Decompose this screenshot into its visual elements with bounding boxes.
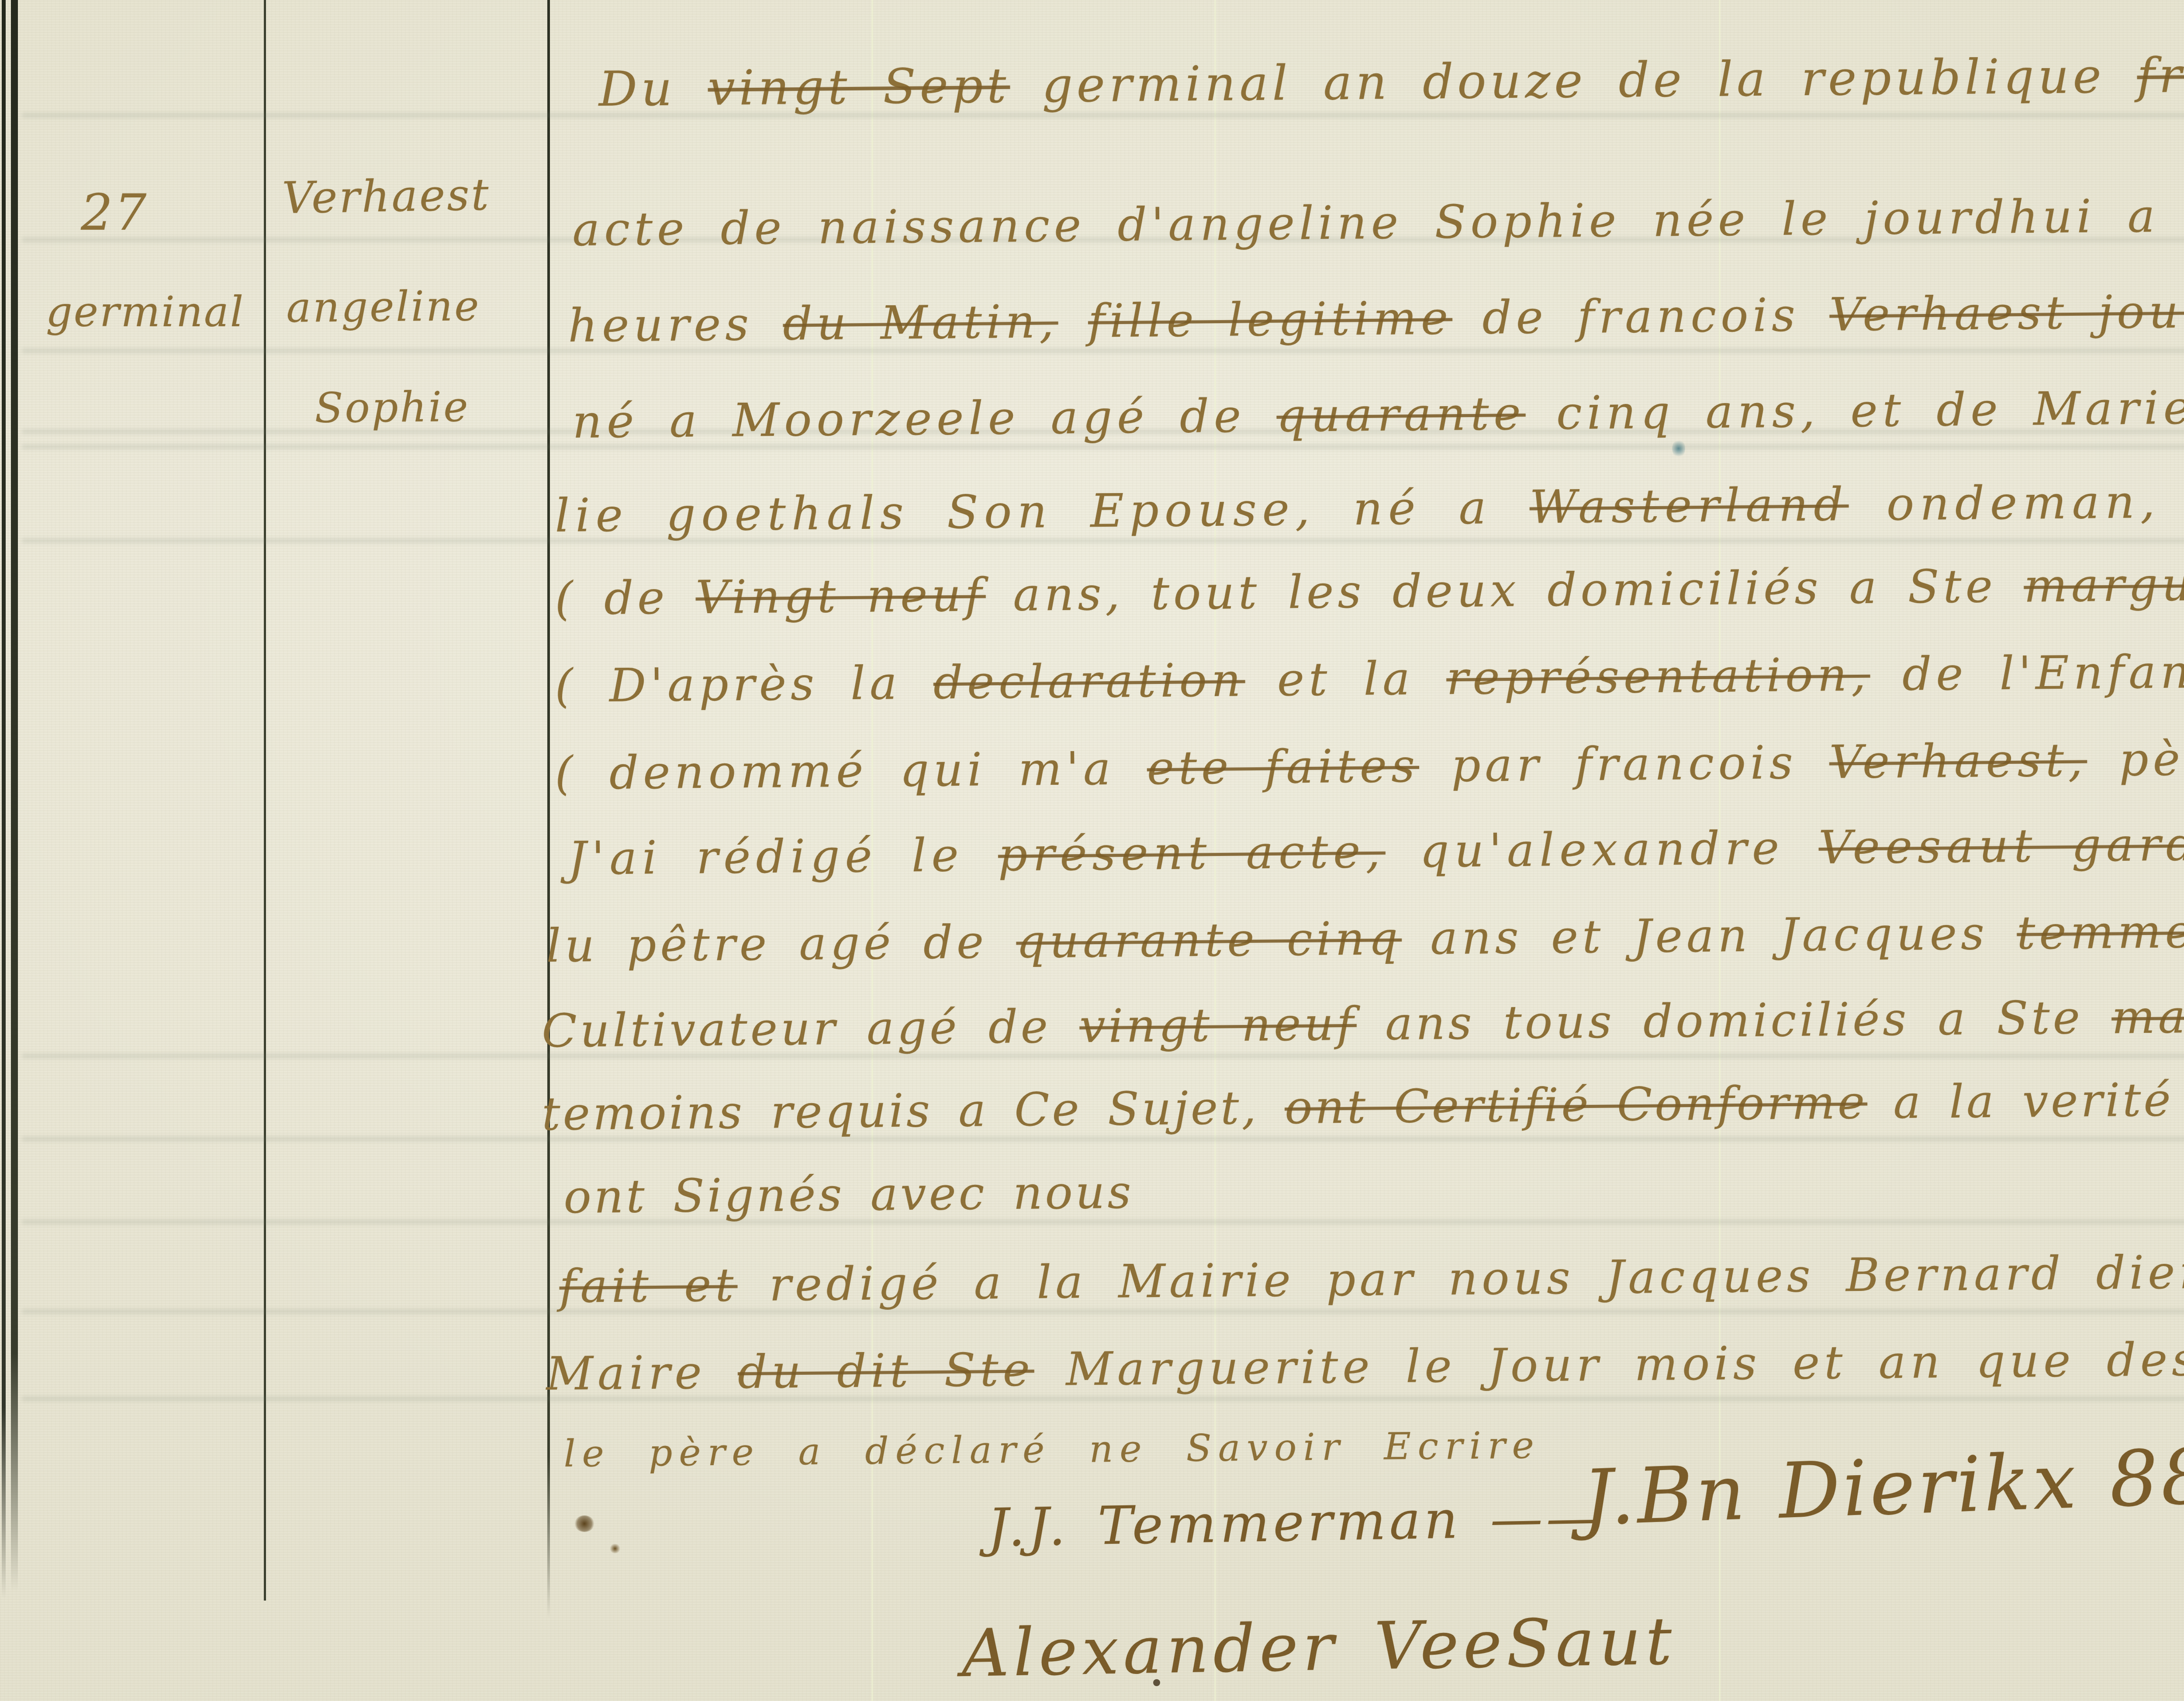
body-line-8: ( denommé qui m'a ete faites par francoi… (555, 732, 2184, 800)
struck-text: du dit Ste (737, 1343, 1034, 1399)
struck-text: Verhaest, (1829, 733, 2087, 789)
struck-text: Wasterland (1529, 478, 1849, 534)
text-segment: Maire (546, 1346, 738, 1401)
text-segment: germinal an douze de la republique (1010, 48, 2137, 114)
name-line-second: Sophie (314, 383, 470, 432)
text-segment: Alexander VeeSaut (961, 1603, 1677, 1692)
baseline-shadow (22, 1220, 2184, 1224)
struck-text: présent acte, (998, 825, 1386, 882)
struck-text: quarante (1276, 387, 1526, 442)
margin-day: 27 (81, 183, 148, 242)
struck-text: ont Certifié Conforme (1285, 1076, 1868, 1135)
struck-text: ete faites (1147, 739, 1419, 795)
text-segment: et la (1245, 652, 1447, 707)
baseline-shadow (22, 113, 2184, 117)
register-page: 27germinalVerhaestangelineSophieDu vingt… (0, 0, 2184, 1701)
baseline-shadow (22, 1137, 2184, 1141)
body-line-6: ( de Vingt neuf ans, tout les deux domic… (555, 557, 2184, 625)
text-segment: J'ai rédigé le (568, 828, 998, 885)
body-line-14: fait et redigé a la Mairie par nous Jacq… (559, 1245, 2184, 1313)
body-line-2: acte de naissance d'angeline Sophie née … (572, 188, 2184, 256)
struck-text: du Matin, (783, 295, 1058, 350)
text-segment: J.Bn Dierikx 88) (1581, 1431, 2184, 1543)
struck-text: declaration (933, 653, 1245, 709)
body-line-3: heures du Matin, fille legitime de franc… (568, 283, 2184, 352)
signature-veesaut: Alexander VeeSaut (961, 1603, 1677, 1692)
text-segment: Marguerite le Jour mois et an que dessus… (1034, 1332, 2184, 1396)
text-segment: ( de (555, 571, 696, 625)
struck-text: marguerite (2024, 557, 2184, 613)
struck-text: marguerite (2111, 988, 2184, 1044)
text-segment: acte de naissance d'angeline Sophie née … (572, 188, 2184, 256)
struck-text: vingt neuf (1079, 997, 1357, 1053)
text-segment: germinal (46, 288, 245, 336)
text-segment: de francois (1452, 288, 1830, 345)
struck-text: fille legitime (1088, 291, 1452, 348)
text-segment: a la verité et en (1867, 1072, 2184, 1129)
text-layer: 27germinalVerhaestangelineSophieDu vingt… (0, 0, 2184, 1701)
text-segment: temoins requis a Ce Sujet, (542, 1081, 1285, 1141)
struck-text: fait et (559, 1258, 738, 1313)
baseline-shadow (22, 1309, 2184, 1314)
text-segment: cinq ans, et de Marie Corne: (1525, 379, 2184, 440)
text-segment: ans tous domiciliés a Ste (1356, 991, 2111, 1051)
text-segment: ont Signés avec nous (563, 1166, 1134, 1224)
text-segment: ans et Jean Jacques (1402, 907, 2017, 965)
baseline-shadow (22, 1054, 2184, 1058)
text-segment: Sophie (314, 383, 470, 432)
body-line-10: lu pêtre agé de quarante cinq ans et Jea… (546, 903, 2184, 973)
struck-text: quarante cinq (1016, 912, 1402, 969)
name-line-first: angeline (286, 282, 481, 332)
signature-temmerman: J.J. Temmerman —— (987, 1487, 1603, 1559)
text-segment: Du (598, 60, 708, 117)
struck-text: Verhaest journalier (1829, 283, 2184, 342)
baseline-shadow (22, 445, 2184, 449)
text-segment: le père a déclaré ne Savoir Ecrire (563, 1424, 1541, 1476)
text-segment: 27 (81, 183, 148, 242)
body-line-4: né a Moorzeele agé de quarante cinq ans,… (572, 379, 2184, 449)
text-segment: par francois (1419, 736, 1829, 793)
body-line-5: lie goethals Son Epouse, né a Wasterland… (555, 473, 2184, 542)
text-segment: ( denommé qui m'a (555, 742, 1147, 800)
baseline-shadow (22, 538, 2184, 543)
text-segment: ans, tout les deux domiciliés a Ste (985, 559, 2024, 622)
body-line-12: temoins requis a Ce Sujet, ont Certifié … (542, 1072, 2184, 1141)
text-segment: angeline (286, 282, 481, 332)
struck-text: Vingt neuf (695, 568, 986, 624)
body-line-1: Du vingt Sept germinal an douze de la re… (598, 45, 2184, 117)
text-segment: ondeman, agée (1849, 473, 2184, 531)
margin-month: germinal (46, 288, 245, 336)
baseline-shadow (22, 1397, 2184, 1401)
body-line-7: ( D'après la declaration et la représent… (555, 645, 2184, 713)
body-line-15: Maire du dit Ste Marguerite le Jour mois… (546, 1332, 2184, 1401)
text-segment: de l'Enfant (1870, 645, 2184, 701)
body-line-13: ont Signés avec nous (563, 1166, 1134, 1224)
body-line-9: J'ai rédigé le présent acte, qu'alexandr… (568, 816, 2184, 885)
text-segment: Verhaest (282, 169, 491, 224)
text-segment: heures (568, 297, 783, 352)
name-line-surname: Verhaest (282, 169, 491, 224)
body-line-11: Cultivateur agé de vingt neuf ans tous d… (542, 988, 2184, 1058)
struck-text: temmerman (2017, 904, 2184, 959)
signature-dierikx: J.Bn Dierikx 88) (1581, 1431, 2184, 1543)
text-segment: Cultivateur agé de (542, 1000, 1080, 1058)
text-segment: lie goethals Son Epouse, né a (555, 481, 1530, 542)
body-line-16: le père a déclaré ne Savoir Ecrire (563, 1424, 1541, 1476)
text-segment: qu'alexandre (1385, 821, 1819, 878)
text-segment: né a Moorzeele agé de (572, 389, 1277, 449)
struck-text: représentation, (1446, 648, 1870, 705)
text-segment: J.J. Temmerman —— (987, 1487, 1603, 1559)
text-segment (1058, 295, 1088, 348)
text-segment: redigé a la Mairie par nous Jacques Bern… (737, 1245, 2184, 1312)
baseline-shadow (22, 348, 2184, 353)
struck-text: vingt Sept (708, 58, 1010, 116)
text-segment: ( D'après la (555, 656, 933, 713)
struck-text: Veesaut garde (1818, 818, 2184, 874)
text-segment: lu pêtre agé de (546, 915, 1016, 973)
text-segment: père (2087, 732, 2184, 787)
struck-text: francaise (2137, 45, 2184, 104)
